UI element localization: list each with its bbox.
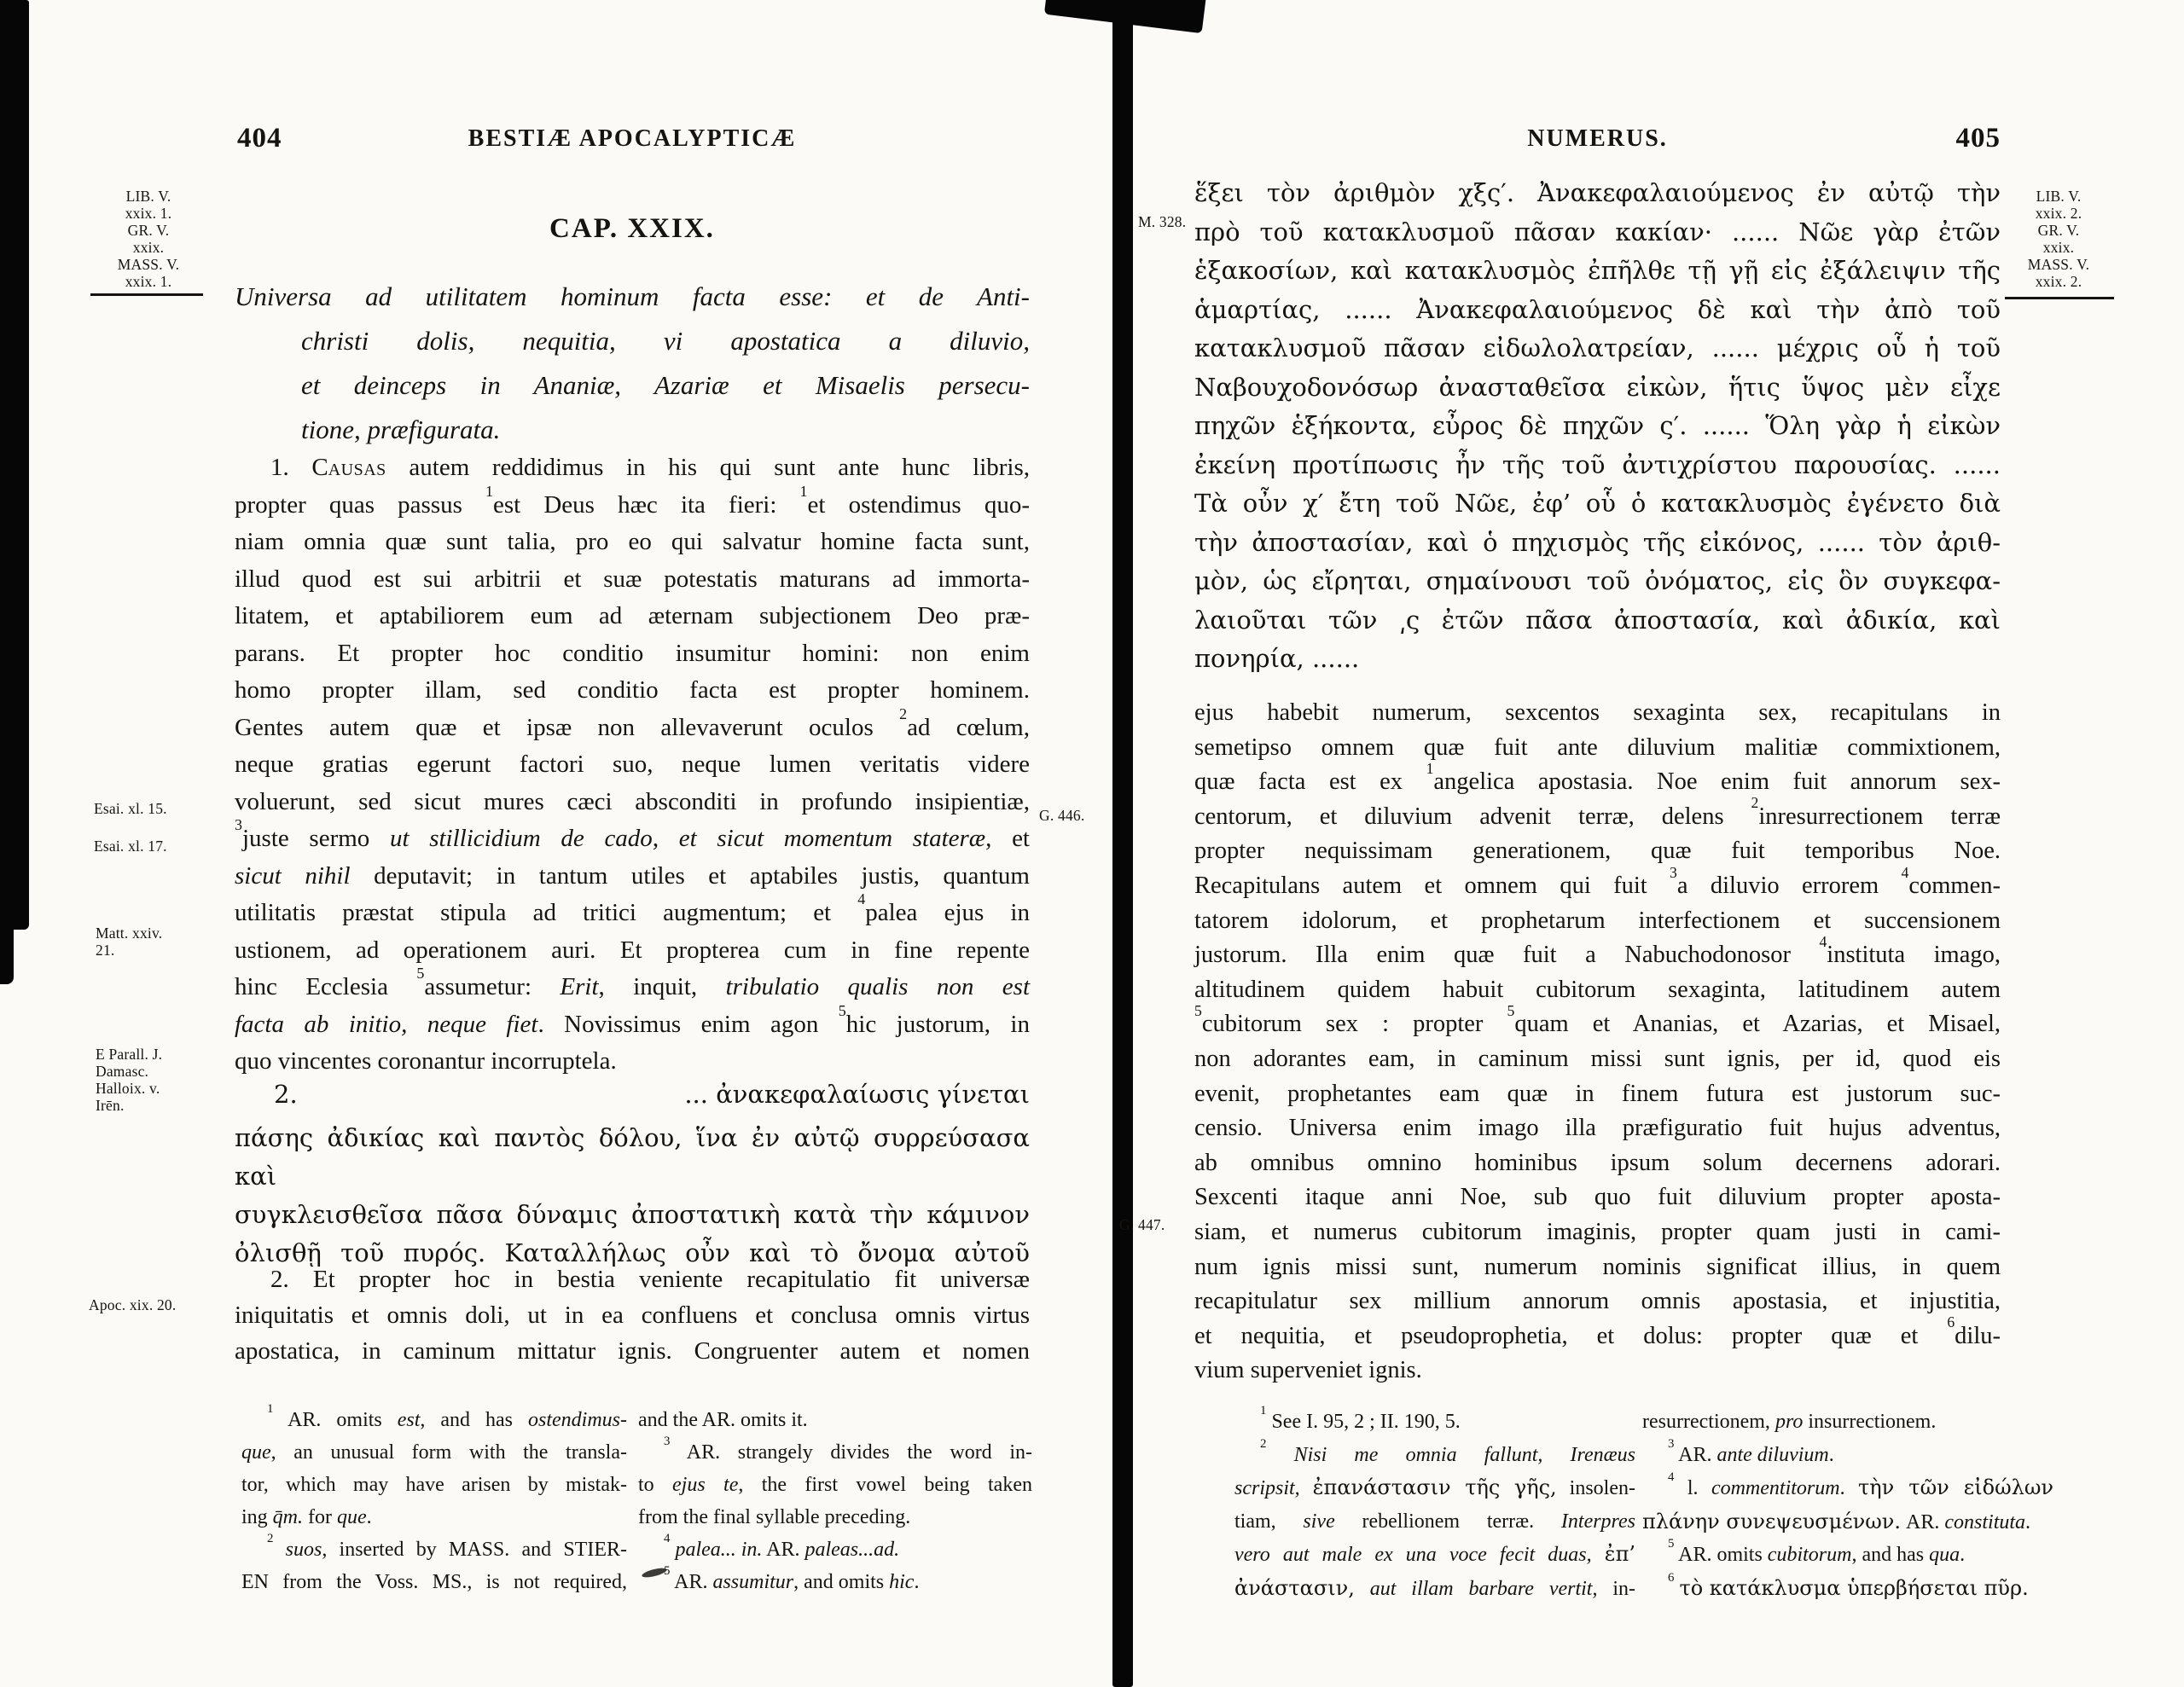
margin-note-esai-15: Esai. xl. 15.	[94, 800, 167, 817]
text-line: Irēn.	[96, 1097, 206, 1114]
text-line: LIB. V.	[94, 188, 203, 205]
latin-paragraph-2: 2. Et propter hoc in bestia veniente rec…	[235, 1261, 1030, 1369]
margin-note-g447: G. 447.	[1119, 1216, 1165, 1233]
text-line: and the AR. omits it.	[638, 1404, 1032, 1436]
text-line: Halloix. v.	[96, 1080, 206, 1097]
text-line: neque gratias egerunt factori suo, neque…	[235, 746, 1030, 784]
text-line: ustionem, ad operationem auri. Et propte…	[235, 932, 1030, 970]
margin-note-matt: Matt. xxiv.21.	[96, 925, 198, 959]
text-line: xxix.	[2007, 239, 2111, 256]
margin-citation-block-right: LIB. V.xxix. 2.GR. V.xxix.MASS. V.xxix. …	[2007, 188, 2111, 290]
text-line: 1 AR. omits est, and has ostendimus-	[241, 1404, 627, 1436]
text-line: tatorem idolorum, et prophetarum interfe…	[1194, 904, 2001, 939]
greek-paragraph-number: 2.	[274, 1080, 298, 1109]
text-line: πλάνην συνεψευσμένων. AR. constituta.	[1642, 1505, 2053, 1539]
text-line: EN from the Voss. MS., is not required,	[241, 1566, 627, 1598]
text-line: 2 suos, inserted by MASS. and STIER-	[241, 1533, 627, 1566]
text-line: 1. Causas autem reddidimus in his qui su…	[235, 449, 1030, 487]
text-line: MASS. V.	[2007, 256, 2111, 273]
text-line: ab omnibus omnino hominibus ipsum solum …	[1194, 1146, 2001, 1181]
text-line: 5 AR. omits cubitorum, and has qua.	[1642, 1539, 2053, 1572]
latin-paragraph-right: ejus habebit numerum, sexcentos sexagint…	[1194, 696, 2001, 1388]
text-line: propter nequissimam generationem, quæ fu…	[1194, 834, 2001, 869]
text-line: illud quod est sui arbitrii et suæ potes…	[235, 561, 1030, 599]
text-line: MASS. V.	[94, 256, 203, 273]
margin-citation-block-left: LIB. V.xxix. 1.GR. V.xxix.MASS. V.xxix. …	[94, 188, 203, 290]
text-line: quæ facta est ex 1angelica apostasia. No…	[1194, 765, 2001, 800]
text-line: centorum, et diluvium advenit terræ, del…	[1194, 800, 2001, 835]
text-line: Damasc.	[96, 1063, 206, 1080]
margin-note-parall: E Parall. J.Damasc.Halloix. v.Irēn.	[96, 1046, 206, 1114]
text-line: 2. Et propter hoc in bestia veniente rec…	[235, 1261, 1030, 1297]
scan-left-edge-shadow-tail	[0, 928, 14, 984]
greek-opening-text: ... ἀνακεφαλαίωσις γίνεται	[684, 1080, 1030, 1109]
text-line: ejus habebit numerum, sexcentos sexagint…	[1194, 696, 2001, 731]
text-line: ἀνάστασιν, aut illam barbare vertit, in-	[1234, 1572, 1635, 1606]
text-line: 5cubitorum sex : propter 5quam et Anania…	[1194, 1007, 2001, 1042]
text-line: ἑξακοσίων, καὶ κατακλυσμὸς ἐπῆλθε τῇ γῇ …	[1194, 252, 2001, 291]
text-line: vero aut male ex una voce fecit duas, ἐπ…	[1234, 1538, 1635, 1572]
text-line: et nequitia, et pseudoprophetia, et dolu…	[1194, 1319, 2001, 1354]
footnotes-right-column-1: 1 See I. 95, 2 ; II. 190, 5.2 Nisi me om…	[1234, 1406, 1635, 1605]
text-line: συγκλεισθεῖσα πᾶσα δύναμις ἀποστατικὴ κα…	[235, 1196, 1030, 1234]
text-line: xxix. 2.	[2007, 205, 2111, 222]
footnotes-right-column-2: resurrectionem, pro insurrectionem.3 AR.…	[1642, 1406, 2053, 1605]
text-line: 3 AR. strangely divides the word in-	[638, 1436, 1032, 1469]
text-line: GR. V.	[2007, 222, 2111, 239]
text-line: vium superveniet ignis.	[1194, 1354, 2001, 1388]
text-line: ἁμαρτίας, ...... Ἀνακεφαλαιούμενος δὲ κα…	[1194, 291, 2001, 330]
latin-paragraph-1: 1. Causas autem reddidimus in his qui su…	[235, 449, 1030, 1081]
text-line: LIB. V.	[2007, 188, 2111, 205]
margin-note-g446: G. 446.	[1039, 807, 1084, 824]
text-line: 3 AR. ante diluvium.	[1642, 1439, 2053, 1472]
footnotes-left-column-1: 1 AR. omits est, and has ostendimus-que,…	[241, 1404, 627, 1598]
text-line: Matt. xxiv.	[96, 925, 198, 942]
text-line: tor, which may have arisen by mistak-	[241, 1469, 627, 1501]
text-line: 21.	[96, 942, 198, 959]
text-line: πηχῶν ἑξήκοντα, εὖρος δὲ πηχῶν ς′. .....…	[1194, 407, 2001, 446]
text-line: parans. Et propter hoc conditio insumitu…	[235, 635, 1030, 673]
text-line: from the final syllable preceding.	[638, 1501, 1032, 1533]
chapter-argument: Universa ad utilitatem hominum facta ess…	[235, 275, 1030, 452]
text-line: homo propter illam, sed conditio facta e…	[235, 672, 1030, 710]
text-line: μὸν, ὡς εἴρηται, σημαίνουσι τοῦ ὀνόματος…	[1194, 562, 2001, 601]
text-line: tiam, sive rebellionem terræ. Interpres	[1234, 1505, 1635, 1539]
text-line: tione, præfigurata.	[235, 408, 1030, 452]
text-line: altitudinem quidem habuit cubitorum sexa…	[1194, 973, 2001, 1008]
text-line: 2 Nisi me omnia fallunt, Irenæus	[1234, 1439, 1635, 1472]
text-line: sicut nihil deputavit; in tantum utiles …	[235, 858, 1030, 896]
text-line: Universa ad utilitatem hominum facta ess…	[235, 275, 1030, 319]
text-line: πρὸ τοῦ κατακλυσμοῦ πᾶσαν κακίαν· ......…	[1194, 213, 2001, 252]
text-line: quo vincentes coronantur incorruptela.	[235, 1043, 1030, 1081]
text-line: 5 AR. assumitur, and omits hic.	[638, 1566, 1032, 1598]
text-line: iniquitatis et omnis doli, ut in ea conf…	[235, 1297, 1030, 1333]
text-line: xxix.	[94, 239, 203, 256]
text-line: justorum. Illa enim quæ fuit a Nabuchodo…	[1194, 938, 2001, 973]
text-line: ἕξει τὸν ἀριθμὸν χξς′. Ἀνακεφαλαιούμενος…	[1194, 174, 2001, 213]
text-line: 6 τὸ κατάκλυσμα ὑπερβήσεται πῦρ.	[1642, 1572, 2053, 1606]
text-line: GR. V.	[94, 222, 203, 239]
text-line: facta ab initio, neque fiet. Novissimus …	[235, 1006, 1030, 1044]
text-line: to ejus te, the first vowel being taken	[638, 1469, 1032, 1501]
text-line: λαιοῦται τῶν ͵ς ἐτῶν πᾶσα ἀποστασία, καὶ…	[1194, 601, 2001, 641]
text-line: evenit, prophetantes eam quæ in finem fu…	[1194, 1077, 2001, 1112]
text-line: xxix. 2.	[2007, 273, 2111, 290]
text-line: recapitulatur sex millium annorum omnis …	[1194, 1284, 2001, 1319]
text-line: ἐκείνη προτίπωσις ἦν τῆς τοῦ ἀντιχρίστου…	[1194, 446, 2001, 485]
text-line: xxix. 1.	[94, 205, 203, 222]
text-line: πονηρία, ......	[1194, 640, 2001, 679]
text-line: E Parall. J.	[96, 1046, 206, 1063]
text-line: κατακλυσμοῦ πᾶσαν εἰδωλολατρείαν, ......…	[1194, 329, 2001, 368]
text-line: πάσης ἀδικίας καὶ παντὸς δόλου, ἵνα ἐν α…	[235, 1119, 1030, 1196]
text-line: xxix. 1.	[94, 273, 203, 290]
text-line: Τὰ οὖν χ′ ἔτη τοῦ Νῶε, ἐφ’ οὗ ὁ κατακλυσ…	[1194, 484, 2001, 524]
text-line: christi dolis, nequitia, vi apostatica a…	[235, 319, 1030, 363]
text-line: litatem, et aptabiliorem eum ad æternam …	[235, 598, 1030, 635]
text-line: 3juste sermo ut stillicidium de cado, et…	[235, 820, 1030, 858]
margin-rule-left	[90, 293, 203, 296]
text-line: 1 See I. 95, 2 ; II. 190, 5.	[1234, 1406, 1635, 1439]
text-line: scripsit, ἐπανάστασιν τῆς γῆς, insolen-	[1234, 1471, 1635, 1505]
text-line: hinc Ecclesia 5assumetur: Erit, inquit, …	[235, 969, 1030, 1006]
text-line: Ναβουχοδονόσωρ ἀνασταθεῖσα εἰκὼν, ἥτις ὕ…	[1194, 368, 2001, 408]
text-line: num ignis missi sunt, numerum nominis si…	[1194, 1250, 2001, 1285]
greek-paragraph-left: πάσης ἀδικίας καὶ παντὸς δόλου, ἵνα ἐν α…	[235, 1119, 1030, 1272]
text-line: resurrectionem, pro insurrectionem.	[1642, 1406, 2053, 1439]
text-line: utilitatis præstat stipula ad tritici au…	[235, 895, 1030, 932]
scan-left-edge-shadow	[0, 0, 29, 930]
text-line: 4 palea... in. AR. paleas...ad.	[638, 1533, 1032, 1566]
footnotes-left-column-2: and the AR. omits it.3 AR. strangely div…	[638, 1404, 1032, 1598]
margin-rule-right	[2005, 297, 2114, 299]
scan-binding-gutter	[1112, 0, 1133, 1687]
text-line: 4 l. commentitorum. τὴν τῶν εἰδώλων	[1642, 1471, 2053, 1505]
greek-paragraph-right: ἕξει τὸν ἀριθμὸν χξς′. Ἀνακεφαλαιούμενος…	[1194, 174, 2001, 679]
margin-note-apoc: Apoc. xix. 20.	[89, 1296, 176, 1313]
chapter-heading: CAP. XXIX.	[235, 213, 1030, 245]
text-line: Sexcenti itaque anni Noe, sub quo fuit d…	[1194, 1180, 2001, 1215]
text-line: Gentes autem quæ et ipsæ non allevaverun…	[235, 710, 1030, 747]
text-line: apostatica, in caminum mittatur ignis. C…	[235, 1333, 1030, 1369]
page-number-right: 405	[1830, 123, 2001, 154]
text-line: niam omnia quæ sunt talia, pro eo qui sa…	[235, 524, 1030, 561]
margin-note-esai-17: Esai. xl. 17.	[94, 838, 167, 855]
greek-paragraph-opening-line: 2. ... ἀνακεφαλαίωσις γίνεται	[235, 1080, 1030, 1109]
book-scan-spread: 404 BESTIÆ APOCALYPTICÆ LIB. V.xxix. 1.G…	[0, 0, 2184, 1687]
text-line: τὴν ἀποστασίαν, καὶ ὁ πηχισμὸς τῆς εἰκόν…	[1194, 524, 2001, 563]
text-line: semetipso omnem quæ fuit ante diluvium m…	[1194, 731, 2001, 766]
text-line: et deinceps in Ananiæ, Azariæ et Misaeli…	[235, 363, 1030, 408]
text-line: non adorantes eam, in caminum missi sunt…	[1194, 1042, 2001, 1077]
text-line: que, an unusual form with the transla-	[241, 1436, 627, 1469]
text-line: propter quas passus 1est Deus hæc ita fi…	[235, 487, 1030, 525]
margin-note-m328: M. 328.	[1138, 213, 1186, 230]
text-line: ing q̄m. for que.	[241, 1501, 627, 1533]
running-title-left: BESTIÆ APOCALYPTICÆ	[235, 125, 1030, 153]
text-line: voluerunt, sed sicut mures cæci abscondi…	[235, 784, 1030, 821]
text-line: siam, et numerus cubitorum imaginis, pro…	[1194, 1215, 2001, 1250]
text-line: Recapitulans autem et omnem qui fuit 3a …	[1194, 869, 2001, 904]
text-line: censio. Universa enim imago illa præfigu…	[1194, 1111, 2001, 1146]
